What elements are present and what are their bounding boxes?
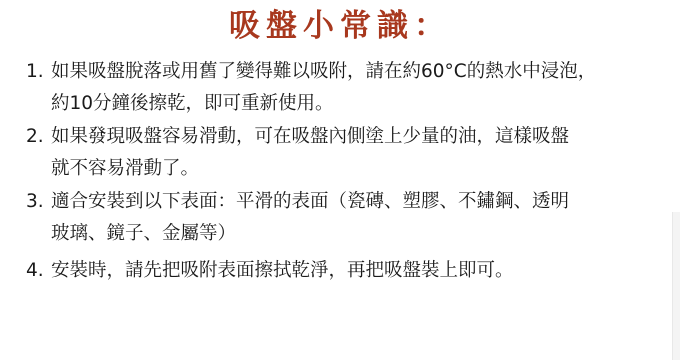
page-title: 吸盤小常識：	[0, 6, 680, 46]
tip-text-line: 如果吸盤脫落或用舊了變得難以吸附，請在約60°C的熱水中浸泡，	[51, 55, 596, 89]
tip-number: 2.	[26, 120, 44, 154]
tip-text-line: 就不容易滑動了。	[51, 152, 199, 186]
tip-number: 3.	[26, 185, 44, 219]
tip-text-line: 如果發現吸盤容易滑動，可在吸盤內側塗上少量的油，這樣吸盤	[51, 120, 569, 154]
tip-number: 4.	[26, 254, 44, 288]
tip-number: 1.	[26, 55, 44, 89]
tip-text-line: 玻璃、鏡子、金屬等）	[51, 217, 236, 251]
side-panel-edge	[672, 212, 680, 360]
tip-text-line: 安裝時，請先把吸附表面擦拭乾淨，再把吸盤裝上即可。	[51, 254, 514, 288]
tip-text-line: 適合安裝到以下表面：平滑的表面（瓷磚、塑膠、不鏽鋼、透明	[51, 185, 569, 219]
tip-text-line: 約10分鐘後擦乾，即可重新使用。	[51, 87, 334, 121]
